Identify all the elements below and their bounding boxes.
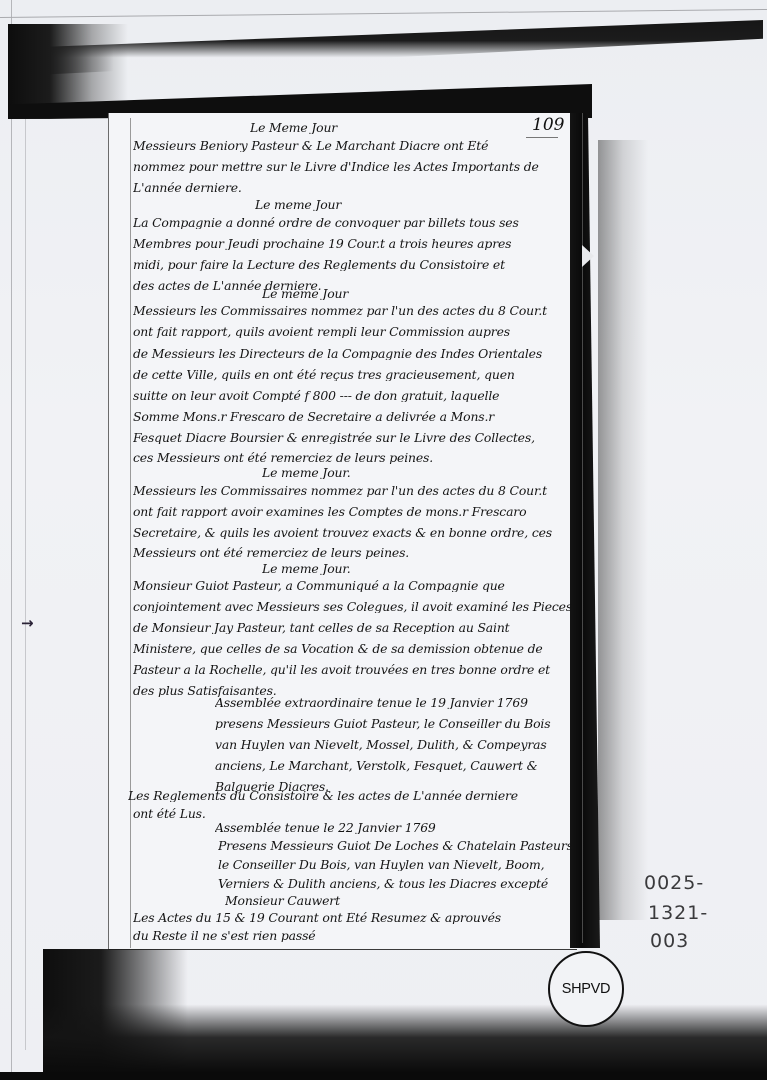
text-line: Les Actes du 15 & 19 Courant ont Été Res… bbox=[133, 912, 573, 924]
text-line: Monsieur Guiot Pasteur, a Communiqué a l… bbox=[133, 580, 573, 592]
assembly-header-line: Assemblée tenue le 22 Janvier 1769 bbox=[215, 822, 575, 834]
text-line: du Reste il ne s'est rien passé bbox=[133, 930, 573, 942]
assembly-attendees-line: Monsieur Cauwert bbox=[225, 895, 582, 907]
text-line: Somme Mons.r Frescaro de Secretaire a de… bbox=[133, 411, 573, 423]
archive-code-line-3: 003 bbox=[650, 930, 767, 952]
entry-heading: Le meme Jour. bbox=[262, 467, 702, 479]
text-line: Ministere, que celles de sa Vocation & d… bbox=[133, 643, 573, 655]
assembly-attendees-line: anciens, Le Marchant, Verstolk, Fesquet,… bbox=[215, 760, 575, 772]
text-line: L'année derniere. bbox=[133, 182, 573, 194]
text-line: Pasteur a la Rochelle, qu'il les avoit t… bbox=[133, 664, 573, 676]
bottom-book-edge-shadow bbox=[43, 949, 767, 1072]
text-line: Secretaire, & quils les avoient trouvez … bbox=[133, 527, 573, 539]
text-line: Messieurs les Commissaires nommez par l'… bbox=[133, 305, 573, 317]
text-line: ont fait rapport avoir examines les Comp… bbox=[133, 506, 573, 518]
stamp-label: SHPVD bbox=[562, 981, 610, 997]
sheet-edge-line-inner bbox=[25, 110, 26, 1050]
text-line: ont fait rapport, quils avoient rempli l… bbox=[133, 326, 573, 338]
spine-gradient-shadow bbox=[598, 140, 648, 920]
text-line: de Monsieur Jay Pasteur, tant celles de … bbox=[133, 622, 573, 634]
assembly-attendees-line: le Conseiller Du Bois, van Huylen van Ni… bbox=[218, 859, 575, 871]
text-line: Fesquet Diacre Boursier & enregistrée su… bbox=[133, 432, 573, 444]
text-line: Membres pour Jeudi prochaine 19 Cour.t a… bbox=[133, 238, 573, 250]
shpvd-stamp: SHPVD bbox=[548, 951, 624, 1027]
sheet-edge-line bbox=[11, 0, 12, 1080]
assembly-attendees-line: van Huylen van Nievelt, Mossel, Dulith, … bbox=[215, 739, 575, 751]
entry-heading: Le meme Jour bbox=[262, 288, 702, 300]
archive-code-line-2: 1321- bbox=[648, 902, 767, 924]
text-line: Les Reglements du Consistoire & les acte… bbox=[128, 790, 568, 802]
text-line: midi, pour faire la Lecture des Reglemen… bbox=[133, 259, 573, 271]
assembly-attendees-line: Verniers & Dulith anciens, & tous les Di… bbox=[218, 878, 575, 890]
assembly-attendees-line: Presens Messieurs Guiot De Loches & Chat… bbox=[218, 840, 575, 852]
assembly-attendees-line: presens Messieurs Guiot Pasteur, le Cons… bbox=[215, 718, 575, 730]
text-line: Messieurs ont été remerciez de leurs pei… bbox=[133, 547, 573, 559]
text-line: suitte on leur avoit Compté f 800 --- de… bbox=[133, 390, 573, 402]
text-line: La Compagnie a donné ordre de convoquer … bbox=[133, 217, 573, 229]
text-line: Messieurs Beniory Pasteur & Le Marchant … bbox=[133, 140, 573, 152]
text-line: conjointement avec Messieurs ses Colegue… bbox=[133, 601, 573, 613]
text-line: nommez pour mettre sur le Livre d'Indice… bbox=[133, 161, 573, 173]
text-line: de Messieurs les Directeurs de la Compag… bbox=[133, 348, 573, 360]
spine-line bbox=[582, 113, 583, 943]
text-line: Messieurs les Commissaires nommez par l'… bbox=[133, 485, 573, 497]
folio-underline bbox=[526, 137, 558, 138]
left-margin-rule bbox=[130, 118, 131, 948]
assembly-header-line: Assemblée extraordinaire tenue le 19 Jan… bbox=[215, 697, 575, 709]
entry-heading: Le meme Jour bbox=[255, 199, 695, 211]
spine-notch bbox=[582, 245, 594, 267]
entry-heading: Le Meme Jour bbox=[250, 122, 690, 134]
entry-heading: Le meme Jour. bbox=[262, 563, 702, 575]
text-line: de cette Ville, quils en ont été reçus t… bbox=[133, 369, 573, 381]
bottom-scan-edge bbox=[0, 1072, 767, 1080]
margin-arrow-icon: → bbox=[21, 614, 34, 632]
text-line: ont été Lus. bbox=[133, 808, 573, 820]
text-line: ces Messieurs ont été remerciez de leurs… bbox=[133, 452, 573, 464]
archive-code-line-1: 0025- bbox=[644, 872, 764, 894]
text-line: des plus Satisfaisantes. bbox=[133, 685, 573, 697]
